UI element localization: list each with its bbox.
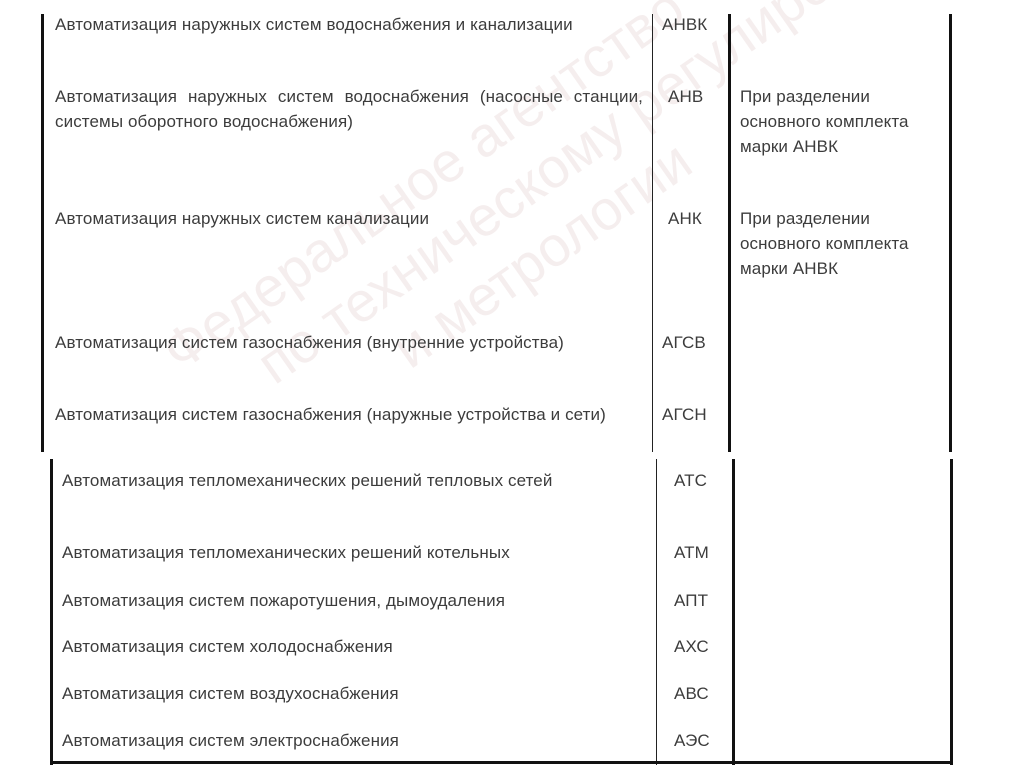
top-row-1-description: Автоматизация наружных систем водоснабже… bbox=[55, 12, 643, 37]
top-row-3-code: АНК bbox=[668, 206, 702, 231]
top-row-5-description: Автоматизация систем газоснабжения (нару… bbox=[55, 402, 643, 427]
top-row-4-code: АГСВ bbox=[662, 330, 706, 355]
top-row-4-description: Автоматизация систем газоснабжения (внут… bbox=[55, 330, 643, 355]
top-table-col-divider-thick bbox=[728, 14, 731, 452]
bottom-table-left-border bbox=[50, 459, 53, 765]
bottom-row-1-description: Автоматизация тепломеханических решений … bbox=[62, 468, 646, 493]
top-row-2-code: АНВ bbox=[668, 84, 703, 109]
top-row-1-code: АНВК bbox=[662, 12, 707, 37]
top-row-3-description: Автоматизация наружных систем канализаци… bbox=[55, 206, 643, 231]
top-row-3-note: При разделении основного комплекта марки… bbox=[740, 206, 910, 281]
bottom-table-col-divider bbox=[656, 459, 657, 765]
bottom-row-6-code: АЭС bbox=[674, 728, 710, 753]
top-row-5-code: АГСН bbox=[662, 402, 707, 427]
bottom-row-3-description: Автоматизация систем пожаротушения, дымо… bbox=[62, 588, 652, 613]
top-row-2-description: Автоматизация наружных систем водоснабже… bbox=[55, 84, 643, 134]
top-table-right-border bbox=[949, 14, 952, 452]
watermark-line-3: и метрологии bbox=[380, 0, 1015, 381]
bottom-row-2-description: Автоматизация тепломеханических решений … bbox=[62, 540, 652, 565]
bottom-row-5-code: АВС bbox=[674, 681, 709, 706]
top-table-col-divider bbox=[652, 14, 653, 452]
bottom-table-col-divider-thick bbox=[732, 459, 735, 765]
bottom-row-4-code: АХС bbox=[674, 634, 709, 659]
bottom-table-right-border bbox=[950, 459, 953, 765]
bottom-row-4-description: Автоматизация систем холодоснабжения bbox=[62, 634, 652, 659]
top-table-left-border bbox=[41, 14, 44, 452]
bottom-table-bottom-border bbox=[50, 761, 953, 764]
top-row-2-note: При разделении основного комплекта марки… bbox=[740, 84, 910, 159]
bottom-row-6-description: Автоматизация систем электроснабжения bbox=[62, 728, 652, 753]
bottom-row-2-code: АТМ bbox=[674, 540, 709, 565]
watermark-line-1: Федеральное агентство bbox=[150, 0, 941, 383]
bottom-row-3-code: АПТ bbox=[674, 588, 708, 613]
bottom-row-1-code: АТС bbox=[674, 468, 707, 493]
bottom-row-5-description: Автоматизация систем воздухоснабжения bbox=[62, 681, 652, 706]
